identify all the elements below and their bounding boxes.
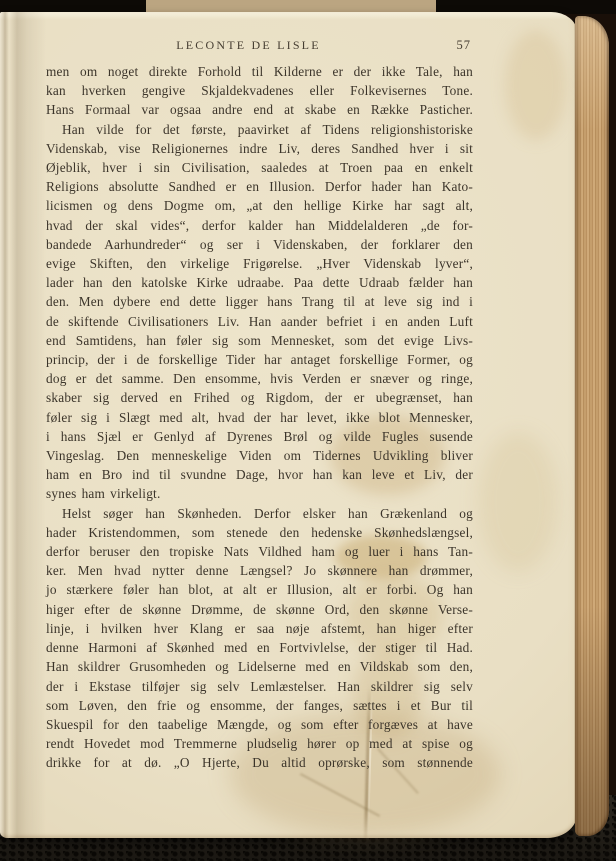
text-line: denne Harmoni af Skønhed med en Fortvivl… (46, 638, 473, 657)
text-line: den. Men dybere end dette ligger hans Tr… (46, 292, 473, 311)
text-line: dog er det samme. Den ensomme, hvis Verd… (46, 369, 473, 388)
text-line: ham en Bro ind til svundne Dage, hvor ha… (46, 465, 473, 484)
text-line: lader han den katolske Kirke udraabe. Pa… (46, 273, 473, 292)
text-line: føler sig i Slægt med alt, hvad der har … (46, 408, 473, 427)
book-scan-photo: LECONTE DE LISLE 57 men om noget direkte… (0, 0, 616, 861)
text-line: princip, der i de forskellige Tider har … (46, 350, 473, 369)
text-line: synes ham virkeligt. (46, 484, 473, 503)
text-line: men om noget direkte Forhold til Kildern… (46, 62, 473, 81)
text-line: rendt Hovedet mod Tremmerne pludselig hø… (46, 734, 473, 753)
paper-crease (300, 773, 380, 817)
running-header: LECONTE DE LISLE 57 (46, 38, 473, 56)
text-line: licismen og dens Dogme om, „at den helli… (46, 196, 473, 215)
text-line: Helst søger han Skønheden. Derfor elsker… (46, 504, 473, 523)
text-line: derfor beruser den tropiske Nats Vildhed… (46, 542, 473, 561)
text-line: higer efter de skønne Drømme, de skønne … (46, 600, 473, 619)
text-line: Han skildrer Grusomheden og Lidelserne m… (46, 657, 473, 676)
text-line: Vingeslag. Den menneskelige Viden om Tid… (46, 446, 473, 465)
text-line: jo stærkere føler han blot, at alt er Il… (46, 580, 473, 599)
paper-stain (505, 30, 567, 140)
text-line: Videnskab, vise Religionernes indre Liv,… (46, 139, 473, 158)
text-line: linje, i hvilken hver Klang er saa nøje … (46, 619, 473, 638)
page-number: 57 (457, 38, 472, 53)
paper-stain (478, 432, 558, 572)
text-line: Han vilde for det første, paavirket af T… (46, 120, 473, 139)
text-line: evige Skiften, den virkelige Frigørelse.… (46, 254, 473, 273)
text-line: de skiftende Civilisationers Liv. Han aa… (46, 312, 473, 331)
text-line: Øjeblik, hver i sin Civilisation, saaled… (46, 158, 473, 177)
text-line: der i Ekstase tilføjer sig selv Lemlæste… (46, 677, 473, 696)
text-line: som Løven, den frie og ensomme, der fang… (46, 696, 473, 715)
text-line: skaber sig derved en Frihed og Rigdom, d… (46, 388, 473, 407)
body-text: men om noget direkte Forhold til Kildern… (46, 62, 473, 773)
book-page: LECONTE DE LISLE 57 men om noget direkte… (0, 12, 577, 838)
text-line: end Samtidens, han føler sig som Mennesk… (46, 331, 473, 350)
page-fore-edge (575, 16, 609, 836)
text-line: hvad der skal vides“, derfor kalder han … (46, 216, 473, 235)
text-line: Religions absolutte Sandhed er en Illusi… (46, 177, 473, 196)
text-line: Hans Formaal var ogsaa andre end at skab… (46, 100, 473, 119)
text-line: bandede Aarhundreder“ og ser i Videnskab… (46, 235, 473, 254)
marbled-paper-edge (146, 0, 436, 12)
text-line: ker. Men hvad nytter denne Længsel? Jo s… (46, 561, 473, 580)
running-header-title: LECONTE DE LISLE (35, 38, 462, 53)
text-line: i hans Sjæl er Genlyd af Dyrenes Brøl og… (46, 427, 473, 446)
text-line: Skuespil for den taabelige Mængde, og so… (46, 715, 473, 734)
text-line: kan hverken gengive Skjaldekvadenes elle… (46, 81, 473, 100)
text-line: hader Kristendommen, som stenede den hed… (46, 523, 473, 542)
text-line: drikke for at dø. „O Hjerte, Du altid op… (46, 753, 473, 772)
